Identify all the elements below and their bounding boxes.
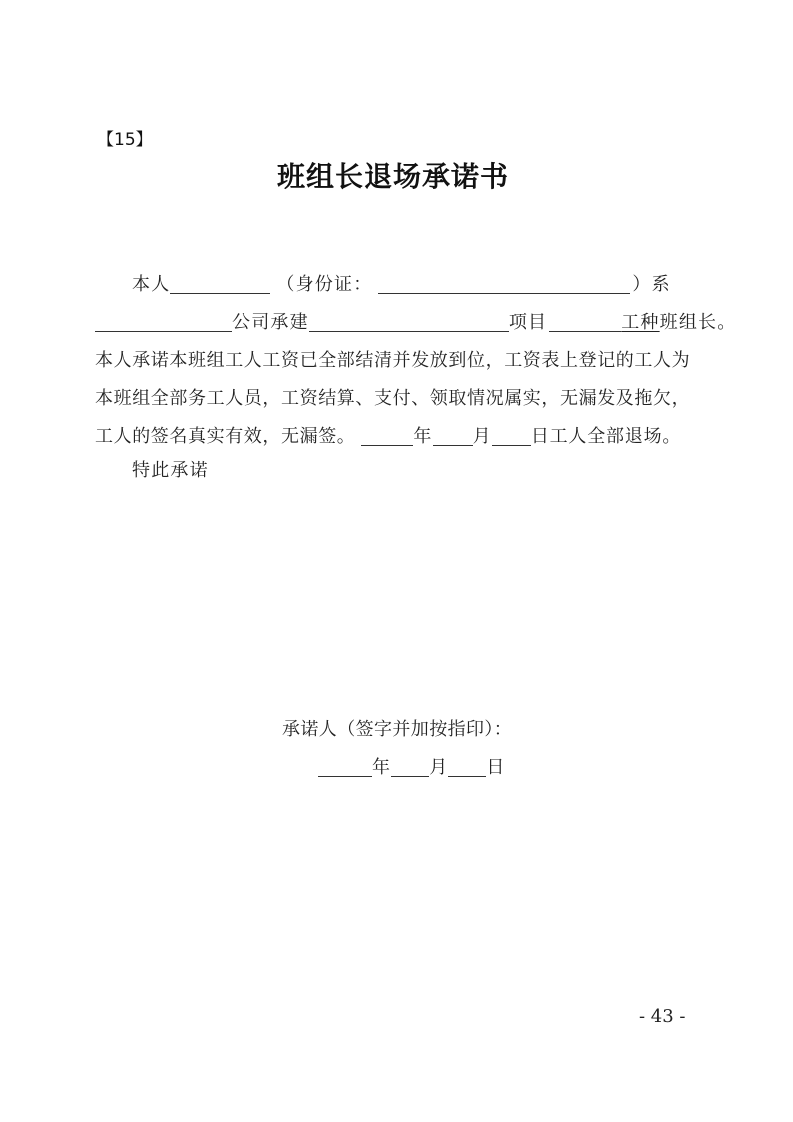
label-trade: 工种 — [621, 310, 659, 336]
sign-month-field[interactable] — [391, 756, 429, 777]
label-project: 项目 — [509, 310, 547, 336]
closing-text: 特此承诺 — [132, 458, 209, 484]
id-number-field[interactable] — [378, 273, 630, 294]
document-title: 班组长退场承诺书 — [277, 159, 509, 195]
document-number: 【15】 — [97, 128, 153, 152]
label-sign-day: 日 — [486, 755, 505, 781]
company-field[interactable] — [95, 311, 232, 332]
label-exit-month: 月 — [473, 424, 492, 450]
exit-month-field[interactable] — [433, 425, 473, 446]
sign-day-field[interactable] — [448, 756, 486, 777]
page-number: - 43 - — [639, 1005, 686, 1029]
closing-line: 特此承诺 — [95, 458, 209, 484]
label-sign-month: 月 — [429, 755, 448, 781]
body-text-4: 本班组全部务工人员，工资结算、支付、领取情况属实，无漏发及拖欠， — [95, 386, 690, 412]
label-id-close: ）系 — [632, 272, 670, 298]
label-me: 本人 — [132, 272, 170, 298]
name-field[interactable] — [170, 273, 270, 294]
signature-label-line: 承诺人（签字并加按指印）： — [282, 717, 512, 743]
body-text-5: 工人的签名真实有效，无漏签。 — [95, 424, 355, 450]
exit-day-field[interactable] — [492, 425, 531, 446]
label-exit-year: 年 — [413, 424, 432, 450]
trade-field[interactable] — [549, 311, 621, 332]
exit-year-field[interactable] — [361, 425, 413, 446]
sign-year-field[interactable] — [318, 756, 372, 777]
signature-date-line: 年 月 日 — [318, 755, 506, 781]
label-team-leader: 班组长。 — [660, 310, 737, 336]
body-line-3: 本人承诺本班组工人工资已全部结清并发放到位，工资表上登记的工人为 — [95, 348, 690, 374]
body-text-3: 本人承诺本班组工人工资已全部结清并发放到位，工资表上登记的工人为 — [95, 348, 690, 374]
body-line-5: 工人的签名真实有效，无漏签。 年 月 日工人全部退场。 — [95, 424, 681, 450]
label-sign-year: 年 — [372, 755, 391, 781]
signature-label: 承诺人（签字并加按指印）： — [282, 717, 512, 743]
project-field[interactable] — [309, 311, 509, 332]
body-line-4: 本班组全部务工人员，工资结算、支付、领取情况属实，无漏发及拖欠， — [95, 386, 690, 412]
label-company-builds: 公司承建 — [232, 310, 309, 336]
body-line-2: 公司承建 项目 工种 班组长。 — [95, 310, 736, 336]
label-id-open: （身份证： — [276, 272, 372, 298]
body-text-5-suffix: 日工人全部退场。 — [531, 424, 681, 450]
body-line-1: 本人 （身份证： ）系 — [95, 272, 671, 298]
